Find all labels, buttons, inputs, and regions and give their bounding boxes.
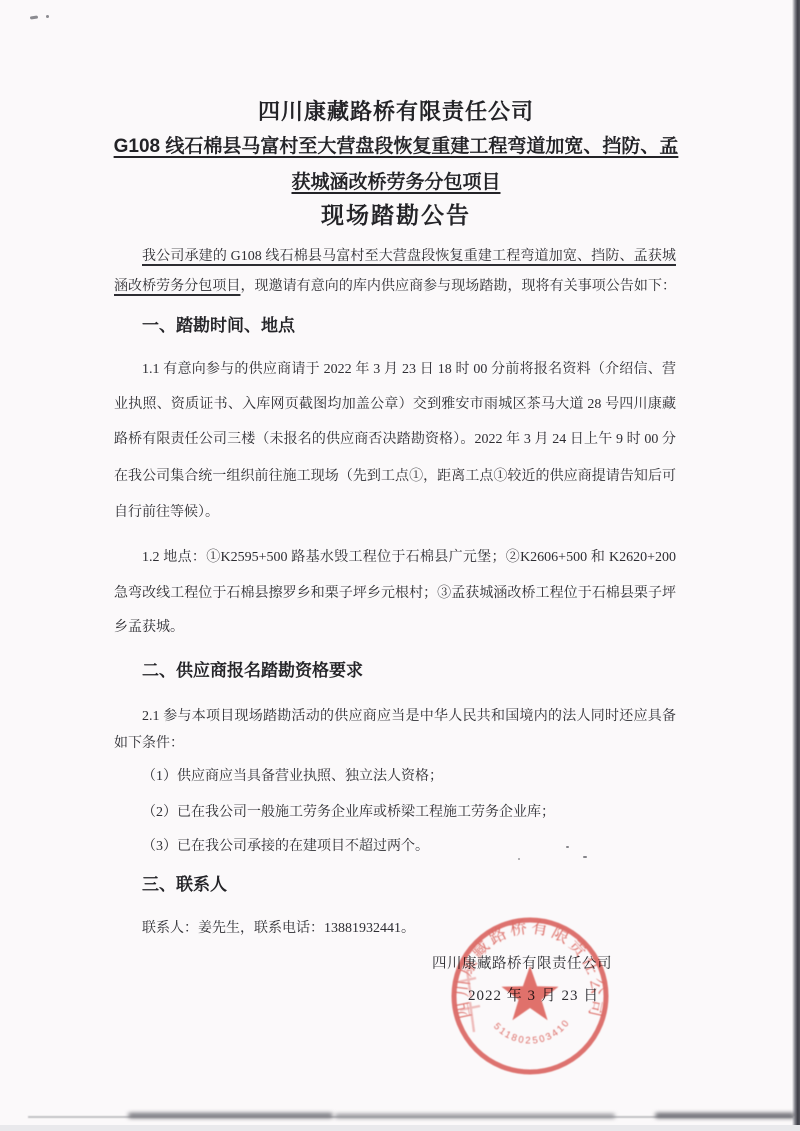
paper-speck [583, 856, 587, 858]
project-title-line-2: 获城涵改桥劳务分包项目 [0, 170, 792, 196]
para-2-1-line: 2.1 参与本项目现场踏勘活动的供应商应当是中华人民共和国境内的法人同时还应具备 [114, 707, 676, 727]
scan-bottom-band [0, 1125, 800, 1131]
para-1-2-line: 急弯改线工程位于石棉县擦罗乡和栗子坪乡元根村；③孟获城涵改桥工程位于石棉县栗子坪 [114, 584, 676, 604]
section-2-heading: 二、供应商报名踏勘资格要求 [142, 660, 363, 682]
notice-title: 现场踏勘公告 [0, 201, 792, 229]
para-1-1-line: 在我公司集合统一组织前往施工现场（先到工点①，距离工点①较近的供应商提请告知后可 [114, 467, 676, 487]
intro-text: ，现邀请有意向的库内供应商参与现场踏勘，现将有关事项公告如下： [240, 279, 676, 294]
qualification-item: （3）已在我公司承接的在建项目不超过两个。 [114, 837, 429, 857]
section-1-heading: 一、踏勘时间、地点 [142, 315, 295, 337]
scan-smudge [655, 1113, 795, 1118]
project-name-underlined: 涵改桥劳务分包项目 [114, 279, 240, 294]
para-1-1-line: 路桥有限责任公司三楼（未报名的供应商否决踏勘资格）。2022 年 3 月 24 … [114, 430, 676, 450]
project-name-underlined: 我公司承建的 G108 线石棉县马富村至大营盘段恢复重建工程弯道加宽、挡防、孟获… [142, 249, 676, 264]
scanned-notice-page: 四川康藏路桥有限责任公司 G108 线石棉县马富村至大营盘段恢复重建工程弯道加宽… [0, 0, 800, 1131]
para-1-2-line: 1.2 地点：①K2595+500 路基水毁工程位于石棉县广元堡；②K2606+… [114, 548, 676, 568]
para-2-1-line: 如下条件： [114, 734, 676, 754]
scan-edge-shadow [792, 0, 800, 1131]
intro-paragraph-line: 我公司承建的 G108 线石棉县马富村至大营盘段恢复重建工程弯道加宽、挡防、孟获… [114, 247, 676, 267]
project-title-line-1: G108 线石棉县马富村至大营盘段恢复重建工程弯道加宽、挡防、孟 [0, 134, 792, 160]
para-1-2-line: 乡孟获城。 [114, 618, 676, 638]
section-3-heading: 三、联系人 [142, 874, 227, 896]
seal-star-icon [502, 966, 559, 1020]
intro-paragraph-line: 涵改桥劳务分包项目，现邀请有意向的库内供应商参与现场踏勘，现将有关事项公告如下： [114, 277, 676, 297]
paper-speck [46, 15, 49, 18]
para-1-1-line: 自行前往等候）。 [114, 503, 676, 523]
scan-smudge [335, 1114, 615, 1118]
qualification-item: （2）已在我公司一般施工劳务企业库或桥梁工程施工劳务企业库； [114, 803, 555, 823]
company-title: 四川康藏路桥有限责任公司 [0, 99, 792, 125]
scan-smudge [128, 1113, 333, 1118]
contact-line: 联系人：姜先生，联系电话：13881932441。 [114, 919, 415, 939]
qualification-item: （1）供应商应当具备营业执照、独立法人资格； [114, 767, 443, 787]
paper-speck [518, 858, 520, 860]
paper-speck [566, 846, 569, 848]
para-1-1-line: 业执照、资质证书、入库网页截图均加盖公章）交到雅安市雨城区茶马大道 28 号四川… [114, 395, 676, 415]
company-seal: 四川康藏路桥有限责任公司 5118025034105 [440, 906, 620, 1086]
paper-speck [30, 15, 38, 19]
para-1-1-line: 1.1 有意向参与的供应商请于 2022 年 3 月 23 日 18 时 00 … [114, 360, 676, 380]
